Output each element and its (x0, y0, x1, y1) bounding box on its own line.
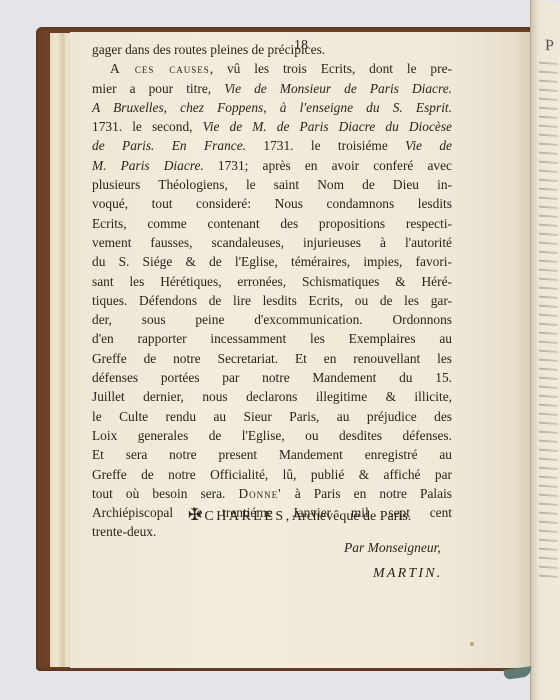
facing-page-text-line (539, 170, 558, 173)
facing-page-text-line (539, 98, 558, 101)
facing-page-text-line (539, 269, 558, 272)
text-line: der, sous peine d'excommunication. Ordon… (92, 310, 452, 329)
text-line: 1731. le second, Vie de M. de Paris Diac… (92, 117, 452, 136)
facing-page-text-line (539, 395, 558, 398)
text-segment: A Bruxelles, chez Foppens, à l'enseigne … (92, 100, 452, 115)
text-segment: Donne' (239, 486, 282, 501)
signatory-name: CHARLES (204, 509, 285, 524)
text-line: sant les Hérétiques, erronées, Schismati… (92, 272, 452, 291)
facing-page-text-line (539, 539, 558, 542)
facing-page-text-line (539, 179, 558, 182)
text-segment: M. Paris Diacre. (92, 158, 204, 173)
text-line: Greffe de notre Secretariat. Et en renou… (92, 349, 452, 368)
text-segment: de Paris. En France. (92, 138, 246, 153)
facing-page-text-line (539, 386, 558, 389)
facing-page-heading: P (545, 37, 560, 56)
facing-page-text-line (539, 458, 558, 461)
text-line: de Paris. En France. 1731. le troisiéme … (92, 136, 452, 155)
text-line: du S. Siége & de l'Eglise, téméraires, i… (92, 252, 452, 271)
facing-page-text-line (539, 143, 558, 146)
facing-page-text-line (539, 152, 558, 155)
text-line: Loix generales de l'Eglise, ou desdites … (92, 426, 452, 445)
facing-page-text-line (539, 530, 558, 533)
text-line: Et sera notre present Mandement enregist… (92, 445, 452, 464)
text-line: plusieurs Théologiens, le saint Nom de D… (92, 175, 452, 194)
facing-page-text-line (539, 323, 558, 326)
facing-page-text-line (539, 476, 558, 479)
facing-page-text-line (539, 359, 558, 362)
signature-line: ✠CHARLES, Archevêque de Paris. (188, 505, 411, 525)
facing-page-text-line (539, 260, 558, 263)
facing-page-text-line (539, 575, 558, 578)
facing-page-text-line (539, 449, 558, 452)
facing-page-text-line (539, 557, 558, 560)
text-line: M. Paris Diacre. 1731; après en avoir co… (92, 156, 452, 175)
facing-page-text-line (539, 413, 558, 416)
facing-page-text-line (539, 566, 558, 569)
par-monseigneur: Par Monseigneur, (344, 540, 441, 556)
text-line: le Culte rendu au Sieur Paris, au préjud… (92, 407, 452, 426)
text-segment: à Paris en notre Palais (282, 486, 452, 501)
text-line: A Bruxelles, chez Foppens, à l'enseigne … (92, 98, 452, 117)
facing-page-text-line (539, 305, 558, 308)
facing-page-text-line (539, 116, 558, 119)
text-segment: A ces causes (110, 61, 210, 76)
text-line: d'en rapporter incessamment les Exemplai… (92, 329, 452, 348)
text-line: tiques. Défendons de lire lesdits Ecrits… (92, 291, 452, 310)
text-line: tout où besoin sera. Donne' à Paris en n… (92, 484, 452, 503)
text-segment: 1731. le troisiéme (246, 138, 405, 153)
text-segment: , vû les trois Ecrits, dont le pre- (210, 61, 452, 76)
facing-page-text-line (539, 467, 558, 470)
text-line: gager dans des routes pleines de précipi… (92, 40, 452, 59)
facing-page-text-line (539, 512, 558, 515)
text-line: trente-deux. (92, 522, 452, 541)
text-segment: Vie de (405, 138, 452, 153)
text-segment: mier a pour titre, (92, 81, 224, 96)
facing-page-text-line (539, 161, 558, 164)
text-line: voqué, tout consideré: Nous condamnons l… (92, 194, 452, 213)
text-line: Greffe de notre Officialité, lû, publié … (92, 465, 452, 484)
text-segment: Vie de Monsieur de Paris Diacre. (224, 81, 452, 96)
facing-page-text-line (539, 71, 558, 74)
facing-page-text-line (539, 287, 558, 290)
facing-page-text-line (539, 521, 558, 524)
facing-page-text-line (539, 278, 558, 281)
facing-page-text-line (539, 134, 558, 137)
secretary-name: MARTIN. (373, 566, 442, 582)
facing-page-text-line (539, 548, 558, 551)
facing-page-text-line (539, 107, 558, 110)
facing-page-text-line (539, 341, 558, 344)
text-line: Ecrits, comme contenant des propositions… (92, 214, 452, 233)
facing-page-text-line (539, 251, 558, 254)
facing-page-text-line (539, 80, 558, 83)
text-line: Juillet dernier, nous declarons illegiti… (92, 387, 452, 406)
facing-page-text-line (539, 494, 558, 497)
facing-page-text-line (539, 431, 558, 434)
signatory-title: , Archevêque de Paris. (286, 509, 412, 524)
facing-page-text-line (539, 224, 558, 227)
facing-page-text-line (539, 350, 558, 353)
facing-page-text-line (539, 242, 558, 245)
text-line: mier a pour titre, Vie de Monsieur de Pa… (92, 79, 452, 98)
facing-page-text-line (539, 368, 558, 371)
facing-page-text-line (539, 197, 558, 200)
foxing-spot (470, 642, 474, 646)
text-segment: 1731. le second, (92, 119, 203, 134)
facing-page-text-line (539, 188, 558, 191)
facing-page-text-line (539, 233, 558, 236)
mandement-text: gager dans des routes pleines de précipi… (92, 40, 452, 542)
facing-page-text-line (539, 503, 558, 506)
text-line: vement fausses, scandaleuses, injurieuse… (92, 233, 452, 252)
text-line: A ces causes, vû les trois Ecrits, dont … (92, 59, 452, 78)
facing-page-text-line (539, 215, 558, 218)
facing-page-text-line (539, 62, 558, 65)
facing-page-text-line (539, 377, 558, 380)
facing-page-text-line (539, 440, 558, 443)
text-segment: Vie de M. de Paris Diacre du Diocèse (203, 119, 452, 134)
text-segment: tout où besoin sera. (92, 486, 239, 501)
facing-page-text-line (539, 296, 558, 299)
facing-page: P (530, 0, 560, 700)
facing-page-text-line (539, 206, 558, 209)
facing-page-text-line (539, 404, 558, 407)
facing-page-text-line (539, 422, 558, 425)
facing-page-text-line (539, 314, 558, 317)
facing-page-text-line (539, 485, 558, 488)
facing-page-text-line (539, 332, 558, 335)
text-segment: 1731; après en avoir conferé avec (204, 158, 452, 173)
cross-icon: ✠ (188, 507, 201, 524)
facing-page-text-line (539, 125, 558, 128)
text-line: défenses portées par notre Mandement du … (92, 368, 452, 387)
facing-page-text-line (539, 89, 558, 92)
